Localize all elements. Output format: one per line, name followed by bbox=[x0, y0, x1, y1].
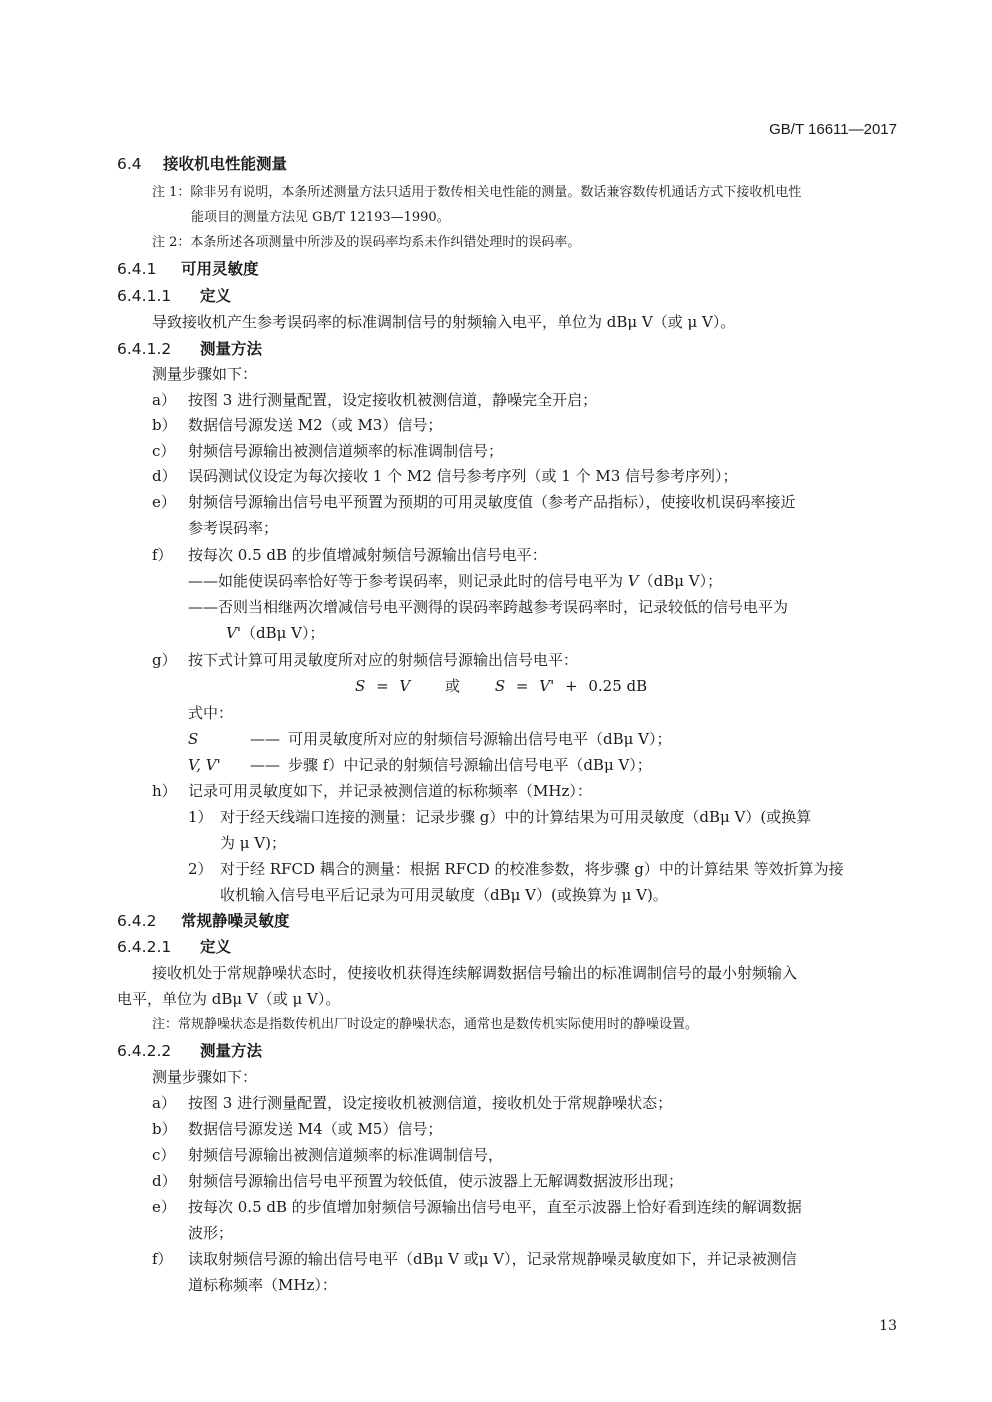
substep-text: 对于经 RFCD 耦合的测量：根据 RFCD 的校准参数，将步骤 g）中的计算结… bbox=[220, 860, 844, 878]
standard-code-header: GB/T 16611—2017 bbox=[769, 121, 897, 138]
where-dash: —— bbox=[250, 755, 288, 775]
step-d: d）射频信号源输出信号电平预置为较低值，使示波器上无解调数据波形出现； bbox=[152, 1171, 683, 1191]
section-heading-6-4-2: 6.4.2常规静噪灵敏度 bbox=[117, 911, 290, 931]
section-number: 6.4.1.1 bbox=[117, 286, 200, 306]
step-f-dash-2: ——否则当相继两次增减信号电平测得的误码率跨越参考误码率时，记录较低的信号电平为 bbox=[188, 597, 788, 617]
section-heading-6-4-1-1: 6.4.1.1定义 bbox=[117, 286, 231, 306]
unit-text: （dBμ V）； bbox=[241, 624, 324, 642]
where-def-s: S——可用灵敏度所对应的射频信号源输出信号电平（dBμ V）； bbox=[188, 729, 671, 749]
page-number: 13 bbox=[879, 1318, 897, 1334]
step-f-dash-2-continued: V'（dBμ V）； bbox=[226, 623, 324, 643]
substep-text: 对于经天线端口连接的测量：记录步骤 g）中的计算结果为可用灵敏度（dBμ V）(… bbox=[220, 808, 811, 826]
step-label: e） bbox=[152, 492, 188, 512]
step-f: f）读取射频信号源的输出信号电平（dBμ V 或μ V），记录常规静噪灵敏度如下… bbox=[152, 1249, 797, 1269]
step-label: e） bbox=[152, 1197, 188, 1217]
formula-operator: + bbox=[565, 677, 578, 695]
note-text: 本条所述各项测量中所涉及的误码率均系未作纠错处理时的误码率。 bbox=[190, 235, 580, 250]
substep-1-continued: 为 μ V)； bbox=[220, 833, 286, 853]
step-label: a） bbox=[152, 1093, 188, 1113]
note-label: 注 2： bbox=[152, 235, 190, 250]
step-label: b） bbox=[152, 1119, 188, 1139]
where-symbol: V, V' bbox=[188, 755, 250, 775]
section-number: 6.4.1.2 bbox=[117, 339, 200, 359]
step-text: 按下式计算可用灵敏度所对应的射频信号源输出信号电平： bbox=[188, 651, 578, 669]
step-f-continued: 道标称频率（MHz）： bbox=[188, 1275, 337, 1295]
section-title: 可用灵敏度 bbox=[181, 260, 259, 278]
formula-symbol: V' bbox=[539, 677, 554, 695]
substep-2-continued: 收机输入信号电平后记录为可用灵敏度（dBμ V）(或换算为 μ V)。 bbox=[220, 885, 668, 905]
step-label: d） bbox=[152, 466, 188, 486]
where-text: 步骤 f）中记录的射频信号源输出信号电平（dBμ V）； bbox=[288, 756, 652, 774]
where-text: 可用灵敏度所对应的射频信号源输出信号电平（dBμ V）； bbox=[288, 730, 671, 748]
section-number: 6.4.2.1 bbox=[117, 937, 200, 957]
step-h: h）记录可用灵敏度如下，并记录被测信道的标称频率（MHz）： bbox=[152, 781, 592, 801]
step-e: e）按每次 0.5 dB 的步值增加射频信号源输出信号电平，直至示波器上恰好看到… bbox=[152, 1197, 802, 1217]
step-e: e）射频信号源输出信号电平预置为预期的可用灵敏度值（参考产品指标），使接收机误码… bbox=[152, 492, 796, 512]
step-b: b）数据信号源发送 M2（或 M3）信号； bbox=[152, 415, 442, 435]
step-a: a）按图 3 进行测量配置，设定接收机被测信道，接收机处于常规静噪状态； bbox=[152, 1093, 672, 1113]
step-text: 读取射频信号源的输出信号电平（dBμ V 或μ V），记录常规静噪灵敏度如下，并… bbox=[188, 1250, 797, 1268]
where-label: 式中： bbox=[188, 703, 233, 723]
formula-operator: = bbox=[376, 677, 389, 695]
formula-symbol: S bbox=[495, 677, 505, 695]
step-text: 记录可用灵敏度如下，并记录被测信道的标称频率（MHz）： bbox=[188, 782, 592, 800]
section-number: 6.4.2.2 bbox=[117, 1041, 200, 1061]
step-e-continued: 波形； bbox=[188, 1223, 233, 1243]
unit-text: （dBμ V）； bbox=[639, 572, 722, 590]
step-label: h） bbox=[152, 781, 188, 801]
step-label: c） bbox=[152, 1145, 188, 1165]
section-title: 常规静噪灵敏度 bbox=[181, 912, 290, 930]
step-label: g） bbox=[152, 650, 188, 670]
where-dash: —— bbox=[250, 729, 288, 749]
variable-v-prime: V' bbox=[226, 624, 241, 642]
section-title: 测量方法 bbox=[200, 340, 262, 358]
section-number: 6.4.2 bbox=[117, 911, 181, 931]
step-label: f） bbox=[152, 1249, 188, 1269]
step-text: 按每次 0.5 dB 的步值增加射频信号源输出信号电平，直至示波器上恰好看到连续… bbox=[188, 1198, 802, 1216]
formula-operator: = bbox=[516, 677, 529, 695]
where-def-v: V, V'——步骤 f）中记录的射频信号源输出信号电平（dBμ V）； bbox=[188, 755, 652, 775]
step-f: f）按每次 0.5 dB 的步值增减射频信号源输出信号电平： bbox=[152, 545, 547, 565]
section-heading-6-4-1-2: 6.4.1.2测量方法 bbox=[117, 339, 262, 359]
step-c: c）射频信号源输出被测信道频率的标准调制信号； bbox=[152, 441, 503, 461]
section-heading-6-4: 6.4接收机电性能测量 bbox=[117, 154, 287, 174]
step-d: d）误码测试仪设定为每次接收 1 个 M2 信号参考序列（或 1 个 M3 信号… bbox=[152, 466, 738, 486]
step-text: 射频信号源输出信号电平预置为较低值，使示波器上无解调数据波形出现； bbox=[188, 1172, 683, 1190]
formula-symbol: S bbox=[355, 677, 365, 695]
section-title: 定义 bbox=[200, 938, 231, 956]
section-title: 测量方法 bbox=[200, 1042, 262, 1060]
substep-label: 2） bbox=[188, 859, 220, 879]
substep-label: 1） bbox=[188, 807, 220, 827]
step-text: 按每次 0.5 dB 的步值增减射频信号源输出信号电平： bbox=[188, 546, 547, 564]
substep-1: 1）对于经天线端口连接的测量：记录步骤 g）中的计算结果为可用灵敏度（dBμ V… bbox=[188, 807, 811, 827]
formula-constant: 0.25 dB bbox=[588, 677, 647, 695]
formula: S = V 或 S = V' + 0.25 dB bbox=[355, 676, 647, 696]
steps-intro: 测量步骤如下： bbox=[152, 364, 257, 384]
step-g: g）按下式计算可用灵敏度所对应的射频信号源输出信号电平： bbox=[152, 650, 578, 670]
step-text: 射频信号源输出被测信道频率的标准调制信号； bbox=[188, 442, 503, 460]
step-a: a）按图 3 进行测量配置，设定接收机被测信道，静噪完全开启； bbox=[152, 390, 597, 410]
step-c: c）射频信号源输出被测信道频率的标准调制信号， bbox=[152, 1145, 503, 1165]
section-number: 6.4 bbox=[117, 154, 163, 174]
step-label: d） bbox=[152, 1171, 188, 1191]
step-label: c） bbox=[152, 441, 188, 461]
section-heading-6-4-2-1: 6.4.2.1定义 bbox=[117, 937, 231, 957]
step-text: 按图 3 进行测量配置，设定接收机被测信道，接收机处于常规静噪状态； bbox=[188, 1094, 672, 1112]
definition-text-continued: 电平，单位为 dBμ V（或 μ V）。 bbox=[117, 989, 340, 1009]
section-heading-6-4-2-2: 6.4.2.2测量方法 bbox=[117, 1041, 262, 1061]
variable-v: V bbox=[628, 572, 639, 590]
section-heading-6-4-1: 6.4.1可用灵敏度 bbox=[117, 259, 259, 279]
step-text: 数据信号源发送 M2（或 M3）信号； bbox=[188, 416, 442, 434]
note-2: 注 2：本条所述各项测量中所涉及的误码率均系未作纠错处理时的误码率。 bbox=[152, 233, 580, 253]
step-text: 数据信号源发送 M4（或 M5）信号； bbox=[188, 1120, 442, 1138]
section-title: 定义 bbox=[200, 287, 231, 305]
step-f-dash-1: ——如能使误码率恰好等于参考误码率，则记录此时的信号电平为 V（dBμ V）； bbox=[188, 571, 722, 591]
definition-text: 导致接收机产生参考误码率的标准调制信号的射频输入电平，单位为 dBμ V（或 μ… bbox=[152, 312, 735, 332]
step-label: a） bbox=[152, 390, 188, 410]
step-text: 射频信号源输出被测信道频率的标准调制信号， bbox=[188, 1146, 503, 1164]
step-text: 射频信号源输出信号电平预置为预期的可用灵敏度值（参考产品指标），使接收机误码率接… bbox=[188, 493, 796, 511]
note-text: 除非另有说明，本条所述测量方法只适用于数传相关电性能的测量。数话兼容数传机通话方… bbox=[190, 185, 801, 200]
substep-2: 2）对于经 RFCD 耦合的测量：根据 RFCD 的校准参数，将步骤 g）中的计… bbox=[188, 859, 844, 879]
dash-text: ——如能使误码率恰好等于参考误码率，则记录此时的信号电平为 bbox=[188, 572, 628, 590]
formula-or: 或 bbox=[445, 677, 460, 695]
section-number: 6.4.1 bbox=[117, 259, 181, 279]
formula-symbol: V bbox=[399, 677, 410, 695]
step-label: f） bbox=[152, 545, 188, 565]
steps-intro: 测量步骤如下： bbox=[152, 1067, 257, 1087]
note-1-continued: 能项目的测量方法见 GB/T 12193—1990。 bbox=[191, 208, 450, 228]
step-text: 误码测试仪设定为每次接收 1 个 M2 信号参考序列（或 1 个 M3 信号参考… bbox=[188, 467, 738, 485]
where-symbol: S bbox=[188, 729, 250, 749]
step-label: b） bbox=[152, 415, 188, 435]
definition-note: 注：常规静噪状态是指数传机出厂时设定的静噪状态，通常也是数传机实际使用时的静噪设… bbox=[152, 1015, 698, 1035]
step-b: b）数据信号源发送 M4（或 M5）信号； bbox=[152, 1119, 442, 1139]
section-title: 接收机电性能测量 bbox=[163, 155, 287, 173]
definition-text: 接收机处于常规静噪状态时，使接收机获得连续解调数据信号输出的标准调制信号的最小射… bbox=[152, 963, 797, 983]
step-e-continued: 参考误码率； bbox=[188, 518, 278, 538]
step-text: 按图 3 进行测量配置，设定接收机被测信道，静噪完全开启； bbox=[188, 391, 597, 409]
note-label: 注 1： bbox=[152, 185, 190, 200]
note-1: 注 1：除非另有说明，本条所述测量方法只适用于数传相关电性能的测量。数话兼容数传… bbox=[152, 183, 898, 203]
